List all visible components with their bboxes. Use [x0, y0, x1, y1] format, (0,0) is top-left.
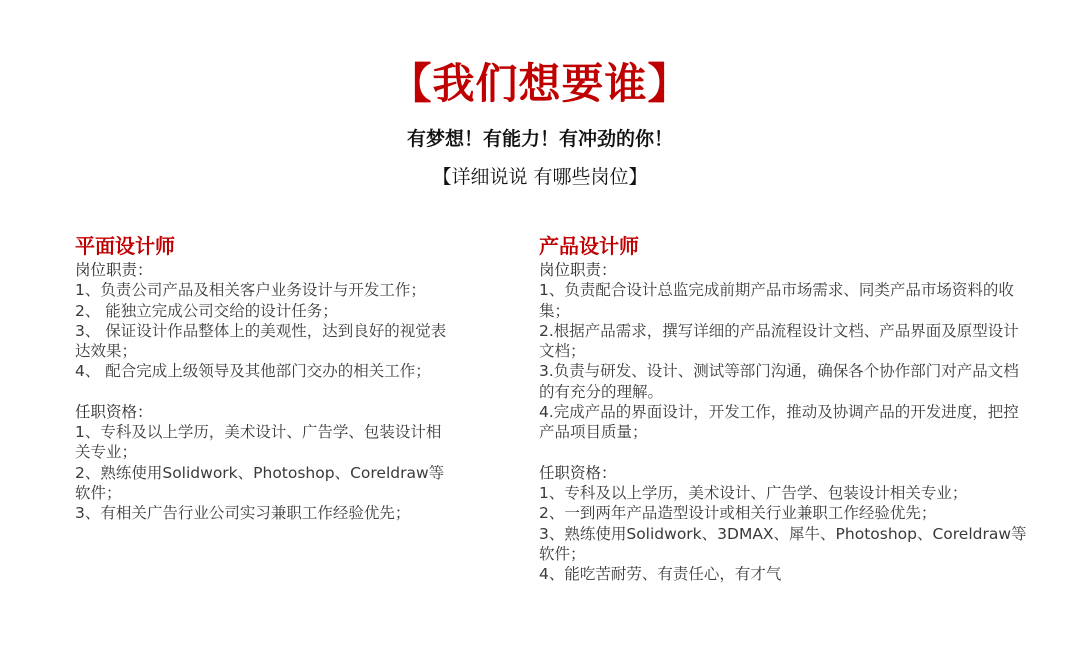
requirement-item: 1、专科及以上学历，美术设计、广告学、包装设计相关专业；	[75, 422, 455, 463]
requirement-item: 3、有相关广告行业公司实习兼职工作经验优先；	[75, 503, 455, 523]
duty-item: 1、负责配合设计总监完成前期产品市场需求、同类产品市场资料的收集；	[539, 280, 1029, 321]
duties-label: 岗位职责：	[75, 260, 455, 280]
section-subtitle: 【详细说说 有哪些岗位】	[0, 163, 1080, 191]
duties-label: 岗位职责：	[539, 260, 1029, 280]
role-graphic-designer: 平面设计师 岗位职责： 1、负责公司产品及相关客户业务设计与开发工作； 2、 能…	[75, 232, 455, 524]
slogan: 有梦想！有能力！有冲劲的你！	[0, 125, 1080, 153]
spacer	[539, 443, 1029, 463]
duty-item: 3、 保证设计作品整体上的美观性，达到良好的视觉表达效果；	[75, 321, 455, 362]
requirement-item: 4、能吃苦耐劳、有责任心，有才气	[539, 564, 1029, 584]
role-product-designer: 产品设计师 岗位职责： 1、负责配合设计总监完成前期产品市场需求、同类产品市场资…	[539, 232, 1029, 584]
requirement-item: 2、一到两年产品造型设计或相关行业兼职工作经验优先；	[539, 503, 1029, 523]
requirement-item: 2、熟练使用Solidwork、Photoshop、Coreldraw等软件；	[75, 463, 455, 504]
requirements-label: 任职资格：	[75, 402, 455, 422]
duty-item: 2、 能独立完成公司交给的设计任务；	[75, 301, 455, 321]
requirements-label: 任职资格：	[539, 463, 1029, 483]
role-title: 平面设计师	[75, 232, 455, 260]
duty-item: 3.负责与研发、设计、测试等部门沟通，确保各个协作部门对产品文档的有充分的理解。	[539, 361, 1029, 402]
duty-item: 2.根据产品需求，撰写详细的产品流程设计文档、产品界面及原型设计文档；	[539, 321, 1029, 362]
duty-item: 1、负责公司产品及相关客户业务设计与开发工作；	[75, 280, 455, 300]
page-title: 【我们想要谁】	[0, 56, 1080, 112]
requirement-item: 3、熟练使用Solidwork、3DMAX、犀牛、Photoshop、Corel…	[539, 524, 1029, 565]
role-title: 产品设计师	[539, 232, 1029, 260]
duty-item: 4.完成产品的界面设计，开发工作，推动及协调产品的开发进度，把控产品项目质量；	[539, 402, 1029, 443]
requirement-item: 1、专科及以上学历，美术设计、广告学、包装设计相关专业；	[539, 483, 1029, 503]
duty-item: 4、 配合完成上级领导及其他部门交办的相关工作；	[75, 361, 455, 381]
spacer	[75, 382, 455, 402]
